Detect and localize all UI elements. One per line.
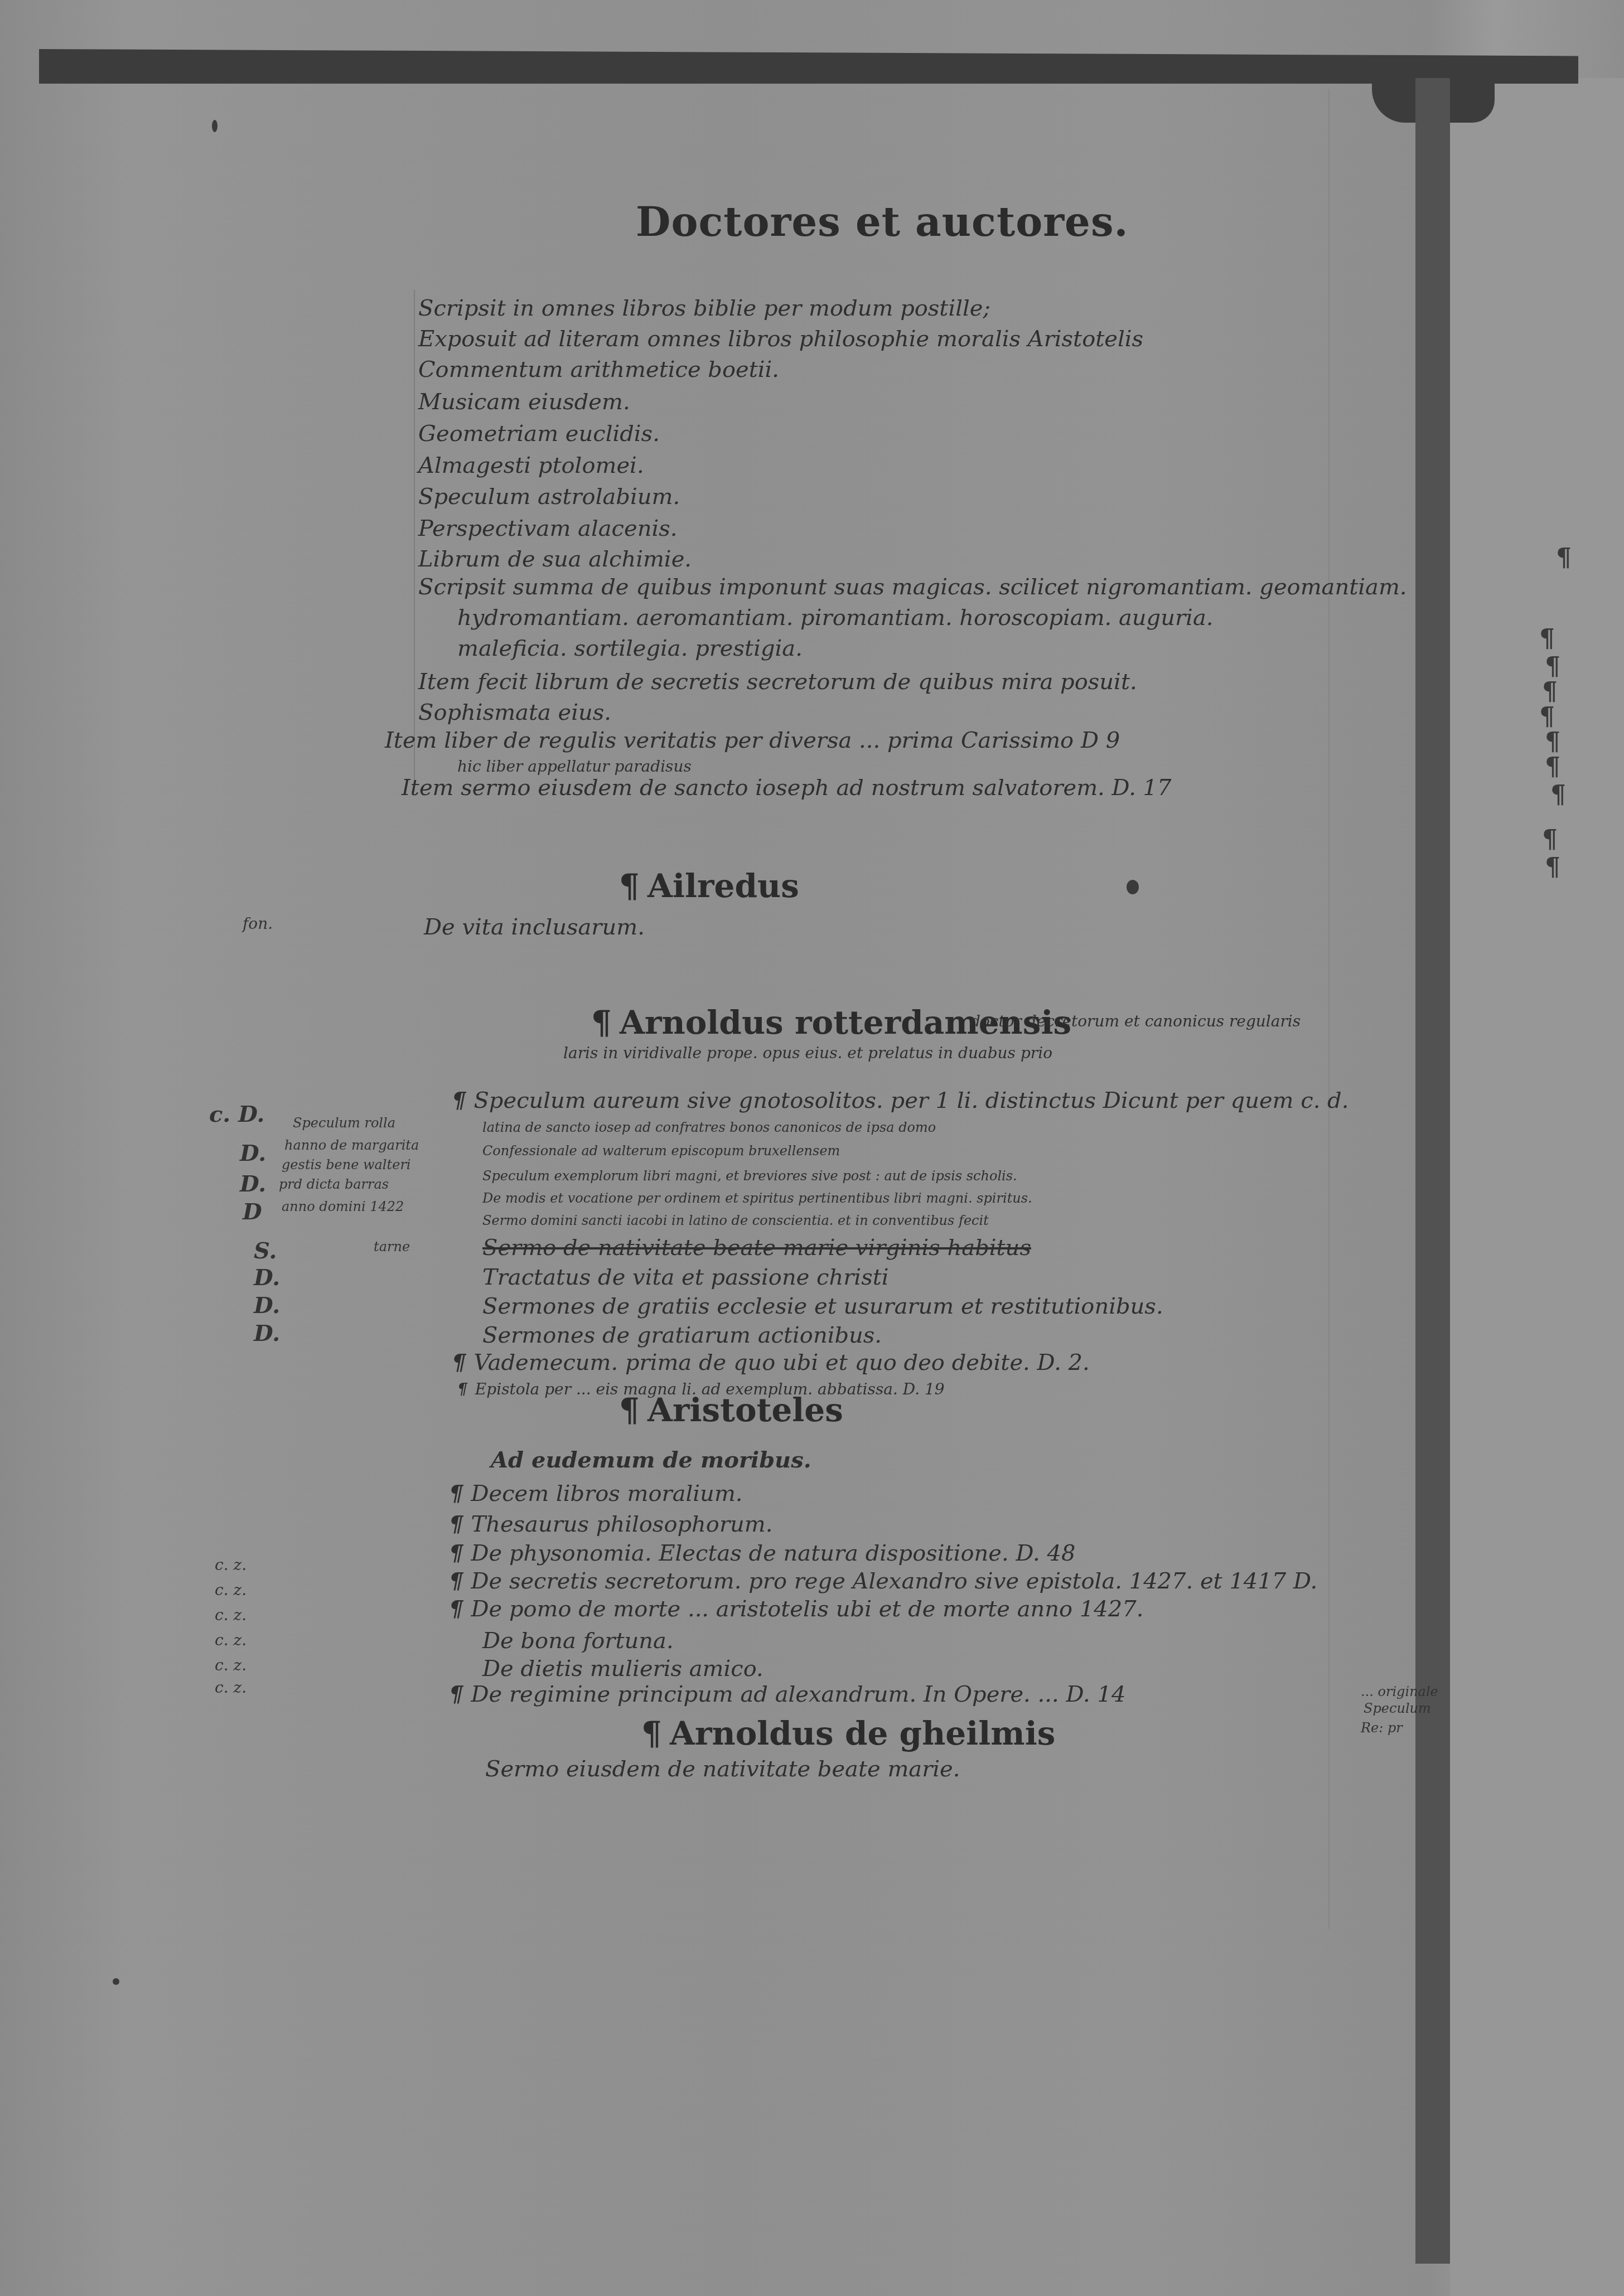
entry-line: ¶Decem libros moralium. (449, 1480, 743, 1507)
margin-note: Speculum (1364, 1701, 1431, 1716)
entry-line: Speculum exemplorum libri magni, et brev… (482, 1168, 1017, 1184)
ink-speck (212, 120, 217, 132)
heading-text: Arnoldus de gheilmis (670, 1714, 1055, 1752)
entry-line: Speculum astrolabium. (418, 484, 680, 510)
entry-text: Speculum aureum sive gnotosolitos. per 1… (473, 1088, 1348, 1113)
facing-leaf (1450, 78, 1624, 2296)
binding-strip (39, 49, 1578, 84)
entry-line: Almagesti ptolomei. (418, 453, 644, 478)
binding-spine (1415, 78, 1450, 2264)
entry-gloss: hic liber appellatur paradisus (457, 757, 692, 776)
paragraph-mark-icon: ¶ (1545, 753, 1560, 781)
margin-note: fon. (243, 914, 273, 933)
margin-note: tarne (374, 1239, 410, 1254)
entry-text: Thesaurus philosophorum. (471, 1512, 772, 1537)
subheading-line: Ad eudemum de moribus. (491, 1447, 811, 1473)
paragraph-mark-icon: ¶ (619, 867, 640, 905)
entry-line: Sermo domini sancti iacobi in latino de … (482, 1213, 989, 1228)
paragraph-mark-icon: ¶ (1542, 677, 1558, 706)
entry-line: Sophismata eius. (418, 700, 611, 725)
paragraph-mark-icon: ¶ (1542, 825, 1558, 854)
ruling-line (1328, 89, 1330, 1929)
ruling-line (414, 290, 415, 792)
entry-line: Item liber de regulis veritatis per dive… (385, 728, 1120, 753)
entry-line: Tractatus de vita et passione christi (482, 1265, 889, 1290)
entry-line: De dietis mulieris amico. (482, 1656, 763, 1682)
paragraph-mark-icon: ¶ (449, 1540, 463, 1566)
paragraph-mark-icon: ¶ (449, 1596, 463, 1622)
entry-line: Sermo eiusdem de nativitate beate marie. (485, 1756, 960, 1782)
entry-line: Item fecit librum de secretis secretorum… (418, 669, 1137, 695)
entry-line: Sermones de gratiarum actionibus. (482, 1323, 882, 1348)
section-heading-arnoldus-de-gheilmis: ¶Arnoldus de gheilmis (641, 1714, 1055, 1752)
entry-text: De regimine principum ad alexandrum. In … (471, 1682, 1125, 1707)
heading-gloss: doctor decretorum et canonicus regularis (970, 1012, 1301, 1030)
entry-line: Scripsit in omnes libros biblie per modu… (418, 296, 990, 321)
entry-text: De secretis secretorum. pro rege Alexand… (471, 1568, 1317, 1594)
entry-text: Decem libros moralium. (471, 1481, 742, 1507)
paragraph-mark-icon: ¶ (1545, 853, 1560, 881)
entry-line: Geometriam euclidis. (418, 421, 660, 447)
entry-line: ¶Speculum aureum sive gnotosolitos. per … (452, 1087, 1348, 1113)
struck-entry-line: Sermo de nativitate beate marie virginis… (482, 1235, 1031, 1261)
margin-mark: c. z. (215, 1631, 246, 1649)
margin-mark: c. z. (215, 1678, 246, 1697)
section-heading-aristoteles: ¶Aristoteles (619, 1391, 843, 1429)
paragraph-mark-icon: ¶ (1556, 544, 1572, 572)
paragraph-mark-icon: ¶ (641, 1714, 662, 1752)
entry-line: Exposuit ad literam omnes libros philoso… (418, 326, 1143, 352)
entry-text: De physonomia. Electas de natura disposi… (471, 1541, 1075, 1566)
margin-note: ... originale (1361, 1684, 1438, 1699)
entry-line: Scripsit summa de quibus imponunt suas m… (418, 574, 1407, 600)
margin-note: Speculum rolla (293, 1115, 395, 1131)
paragraph-mark-icon: ¶ (449, 1511, 463, 1537)
margin-mark: D. (254, 1292, 280, 1319)
paragraph-mark-icon: ¶ (449, 1568, 463, 1594)
entry-line: Sermones de gratiis ecclesie et usurarum… (482, 1294, 1163, 1319)
entry-line: ¶De regimine principum ad alexandrum. In… (449, 1681, 1125, 1707)
margin-mark: D (243, 1199, 262, 1225)
margin-note: gestis bene walteri (282, 1157, 411, 1173)
entry-line: De modis et vocatione per ordinem et spi… (482, 1190, 1032, 1206)
paragraph-mark-icon: ¶ (452, 1087, 466, 1113)
entry-line: Librum de sua alchimie. (418, 546, 692, 572)
heading-text: Ailredus (647, 867, 799, 905)
paragraph-mark-icon: ¶ (1539, 624, 1555, 653)
entry-line: Commentum arithmetice boetii. (418, 357, 779, 382)
ink-blot (1127, 880, 1139, 894)
paragraph-mark-icon: ¶ (452, 1349, 466, 1375)
paragraph-mark-icon: ¶ (1545, 652, 1560, 681)
entry-line: latina de sancto iosep ad confratres bon… (482, 1120, 936, 1135)
margin-mark: D. (254, 1320, 280, 1346)
manuscript-page: Doctores et auctores. Scripsit in omnes … (0, 0, 1624, 2296)
paragraph-mark-icon: ¶ (457, 1380, 467, 1398)
margin-note: anno domini 1422 (282, 1199, 404, 1214)
entry-line: De bona fortuna. (482, 1628, 674, 1654)
margin-mark: c. z. (215, 1606, 246, 1624)
entry-line: De vita inclusarum. (424, 914, 645, 940)
entry-text: De pomo de morte ... aristotelis ubi et … (471, 1596, 1143, 1622)
margin-mark: D. (240, 1171, 266, 1197)
entry-line: ¶De physonomia. Electas de natura dispos… (449, 1540, 1075, 1566)
paragraph-mark-icon: ¶ (1545, 728, 1560, 756)
margin-mark: D. (240, 1140, 266, 1166)
paragraph-mark-icon: ¶ (449, 1480, 463, 1507)
paragraph-mark-icon: ¶ (619, 1391, 640, 1429)
entry-line: Item sermo eiusdem de sancto ioseph ad n… (402, 775, 1172, 801)
margin-note: hanno de margarita (284, 1137, 419, 1153)
entry-line: Musicam eiusdem. (418, 389, 630, 415)
margin-mark: c. z. (215, 1581, 246, 1599)
entry-text: Vademecum. prima de quo ubi et quo deo d… (473, 1350, 1089, 1375)
entry-line: ¶Thesaurus philosophorum. (449, 1511, 772, 1537)
entry-line: hydromantiam. aeromantiam. piromantiam. … (457, 605, 1213, 631)
page-title: Doctores et auctores. (636, 198, 1129, 245)
ink-speck (113, 1978, 119, 1985)
entry-line: ¶De secretis secretorum. pro rege Alexan… (449, 1568, 1317, 1594)
margin-mark: S. (254, 1238, 277, 1264)
margin-mark: c. D. (209, 1101, 264, 1127)
margin-note: prd dicta barras (279, 1176, 389, 1192)
margin-note: Re: pr (1361, 1720, 1403, 1736)
entry-line: Perspectivam alacenis. (418, 516, 677, 541)
section-heading-ailredus: ¶Ailredus (619, 867, 799, 905)
paragraph-mark-icon: ¶ (1539, 703, 1555, 731)
paragraph-mark-icon: ¶ (591, 1004, 612, 1042)
paragraph-mark-icon: ¶ (449, 1681, 463, 1707)
entry-line: ¶Vademecum. prima de quo ubi et quo deo … (452, 1349, 1090, 1375)
heading-gloss: laris in viridivalle prope. opus eius. e… (563, 1044, 1052, 1062)
entry-line: Confessionale ad walterum episcopum brux… (482, 1143, 840, 1159)
entry-line: maleficia. sortilegia. prestigia. (457, 636, 803, 661)
heading-text: Aristoteles (647, 1391, 843, 1429)
paragraph-mark-icon: ¶ (1550, 781, 1566, 809)
margin-mark: c. z. (215, 1656, 246, 1674)
entry-line: ¶De pomo de morte ... aristotelis ubi et… (449, 1596, 1143, 1622)
margin-mark: c. z. (215, 1556, 246, 1574)
margin-mark: D. (254, 1265, 280, 1291)
